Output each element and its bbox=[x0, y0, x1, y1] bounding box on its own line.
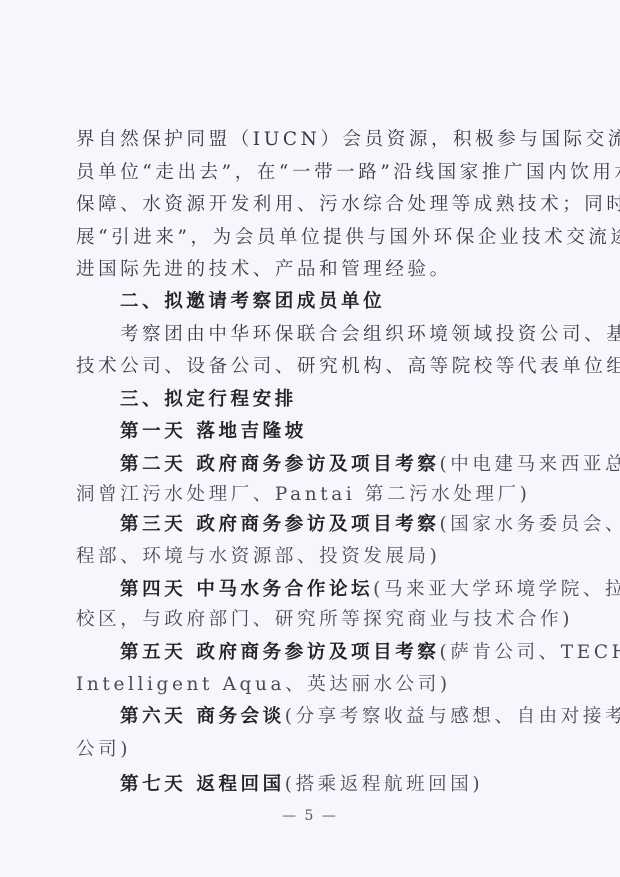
day-1-title: 第一天 落地吉隆坡 bbox=[120, 421, 307, 442]
document-page: 界自然保护同盟（IUCN）会员资源，积极参与国际交流。协助会 员单位“走出去”，… bbox=[0, 0, 620, 877]
day-5-title: 第五天 政府商务参访及项目考察 bbox=[120, 642, 439, 663]
intro-line-5: 进国际先进的技术、产品和管理经验。 bbox=[76, 258, 546, 282]
intro-line-3: 保障、水资源开发利用、污水综合处理等成熟技术；同时积极开 bbox=[76, 193, 546, 217]
day-3-title: 第三天 政府商务参访及项目考察 bbox=[120, 514, 439, 535]
day-6-line: 第六天 商务会谈(分享考察收益与感想、自由对接考察目标 bbox=[120, 705, 590, 729]
day-2-detail: (中电建马来西亚总部、甲 bbox=[439, 454, 620, 475]
day-4-detail-cont: 校区，与政府部门、研究所等探究商业与技术合作) bbox=[76, 608, 546, 632]
section-2-heading: 二、拟邀请考察团成员单位 bbox=[120, 290, 590, 314]
day-7-line: 第七天 返程回国(搭乘返程航班回国) bbox=[120, 773, 590, 797]
section-2-line-1: 考察团由中华环保联合会组织环境领域投资公司、基建公司、 bbox=[120, 323, 590, 347]
day-2-title: 第二天 政府商务参访及项目考察 bbox=[120, 454, 439, 475]
section-2-line-2: 技术公司、设备公司、研究机构、高等院校等代表单位组成。 bbox=[76, 355, 546, 379]
day-4-title: 第四天 中马水务合作论坛 bbox=[120, 579, 373, 600]
intro-line-2: 员单位“走出去”，在“一带一路”沿线国家推广国内饮用水安全 bbox=[76, 161, 546, 185]
day-5-detail: (萨肯公司、TECHKEM 集团、 bbox=[439, 642, 620, 663]
day-7-detail: (搭乘返程航班回国) bbox=[285, 774, 483, 795]
day-4-line: 第四天 中马水务合作论坛(马来亚大学环境学院、拉曼大学 bbox=[120, 578, 590, 602]
section-3-heading: 三、拟定行程安排 bbox=[120, 388, 590, 412]
day-5-detail-cont: Intelligent Aqua、英达丽水公司) bbox=[76, 673, 546, 697]
day-2-detail-cont: 洞曾江污水处理厂、Pantai 第二污水处理厂) bbox=[76, 483, 546, 507]
day-6-detail-cont: 公司) bbox=[76, 738, 546, 762]
day-4-detail: (马来亚大学环境学院、拉曼大学 bbox=[373, 579, 620, 600]
intro-line-4: 展“引进来”，为会员单位提供与国外环保企业技术交流途径，引 bbox=[76, 226, 546, 250]
day-3-detail: (国家水务委员会、公共工 bbox=[439, 514, 620, 535]
page-number: — 5 — bbox=[0, 808, 620, 824]
day-3-line: 第三天 政府商务参访及项目考察(国家水务委员会、公共工 bbox=[120, 513, 590, 537]
day-5-line: 第五天 政府商务参访及项目考察(萨肯公司、TECHKEM 集团、 bbox=[120, 641, 590, 665]
day-2-line: 第二天 政府商务参访及项目考察(中电建马来西亚总部、甲 bbox=[120, 453, 590, 477]
day-7-title: 第七天 返程回国 bbox=[120, 774, 285, 795]
intro-line-1: 界自然保护同盟（IUCN）会员资源，积极参与国际交流。协助会 bbox=[76, 128, 546, 152]
day-3-detail-cont: 程部、环境与水资源部、投资发展局) bbox=[76, 545, 546, 569]
day-6-detail: (分享考察收益与感想、自由对接考察目标 bbox=[285, 706, 620, 727]
day-1-line: 第一天 落地吉隆坡 bbox=[120, 420, 590, 444]
day-6-title: 第六天 商务会谈 bbox=[120, 706, 285, 727]
